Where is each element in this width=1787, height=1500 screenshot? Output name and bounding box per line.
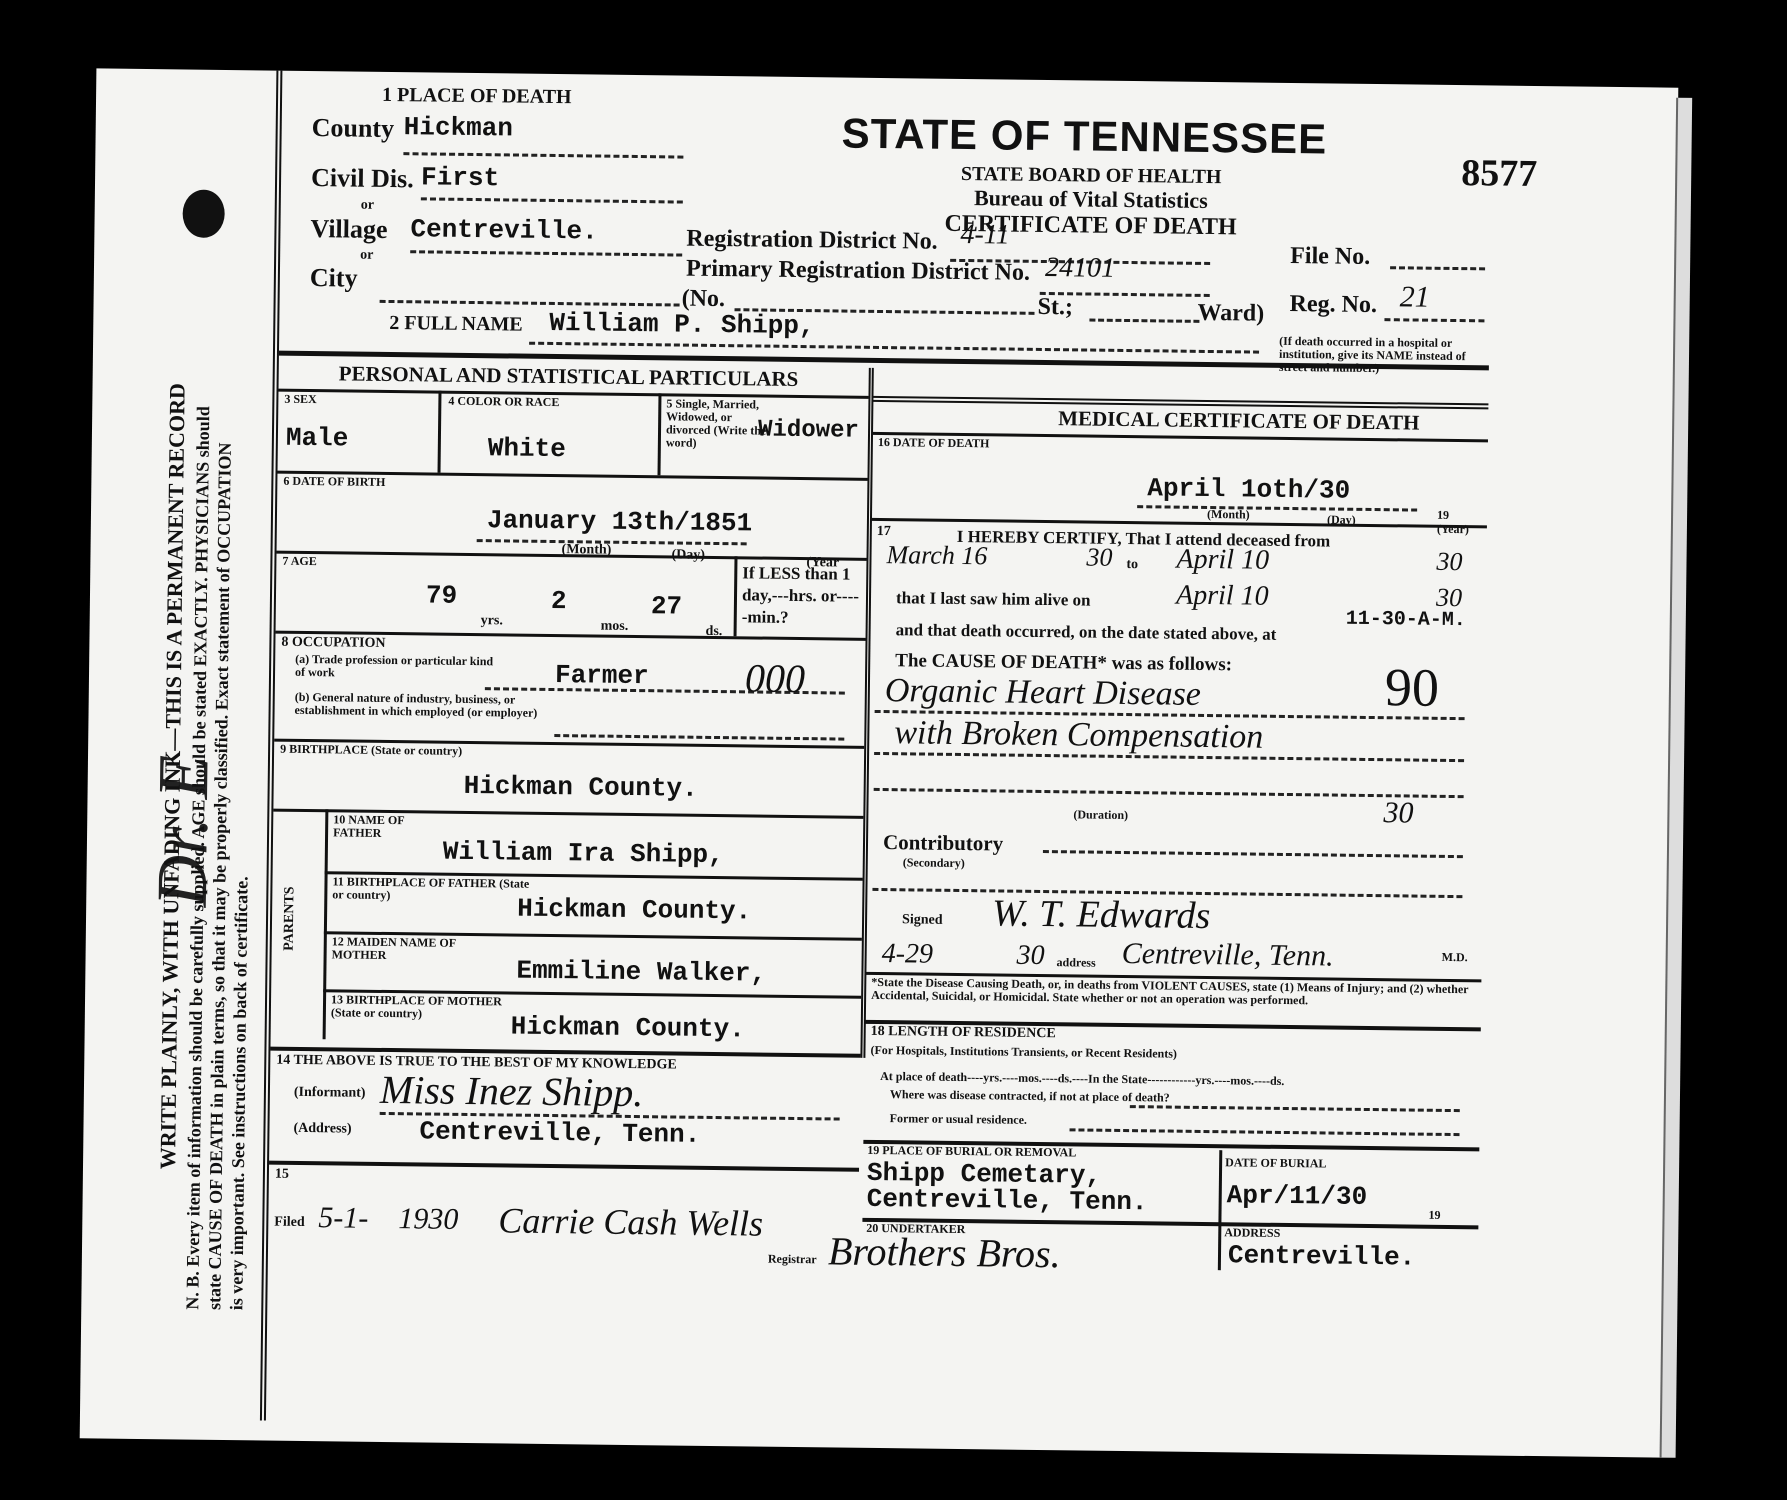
informant-signature: Miss Inez Shipp. (380, 1066, 644, 1116)
street-label: St.; (1037, 294, 1073, 321)
attend-to-year: 30 (1436, 547, 1462, 577)
or-label: or (360, 248, 373, 264)
occupation-b-label: (b) General nature of industry, business… (295, 691, 555, 720)
secondary-label: (Secondary) (903, 856, 965, 870)
dob-label: 6 DATE OF BIRTH (283, 475, 385, 489)
registrar-label: Registrar (768, 1253, 817, 1267)
mother-birthplace-value: Hickman County. (511, 1012, 745, 1045)
or-label: or (361, 198, 374, 214)
duration-days: 30 (1383, 796, 1413, 830)
color-value: White (488, 433, 566, 464)
ward-line (1089, 319, 1199, 323)
residence-line (1130, 1105, 1460, 1112)
attend-to-date: April 10 (1176, 544, 1269, 577)
last-saw-date: April 10 (1176, 580, 1269, 613)
residence-line-2: Where was disease contracted, if not at … (890, 1088, 1170, 1104)
civil-district-label: Civil Dis. (311, 163, 414, 194)
mos-label: mos. (601, 619, 629, 635)
reg-number-line (1384, 318, 1484, 322)
burial-place-label: 19 PLACE OF BURIAL OR REMOVAL (867, 1144, 1076, 1160)
time-of-death: 11-30-A-M. (1346, 608, 1466, 632)
form-frame: 1 PLACE OF DEATH County Hickman Civil Di… (260, 71, 1668, 1438)
primary-district-label: Primary Registration District No. (686, 256, 1030, 287)
burial-date-value: Apr/11/30 (1227, 1180, 1368, 1212)
cause-line (874, 788, 1464, 798)
registration-district-label: Registration District No. (686, 226, 938, 256)
place-of-death-label: 1 PLACE OF DEATH (382, 84, 572, 109)
sex-value: Male (286, 423, 349, 454)
registrar-signature: Carrie Cash Wells (498, 1199, 763, 1244)
informant-label: (Informant) (294, 1085, 366, 1102)
personal-section-title: PERSONAL AND STATISTICAL PARTICULARS (339, 361, 799, 392)
informant-address-value: Centreville, Tenn. (419, 1116, 700, 1149)
village-line (410, 250, 682, 256)
burial-date-label: DATE OF BURIAL (1225, 1156, 1326, 1170)
cause-footnote: *State the Disease Causing Death, or, in… (871, 976, 1471, 1009)
reg-number-value: 21 (1400, 280, 1430, 314)
burial-divider (1218, 1150, 1222, 1270)
father-name-label: 10 NAME OF FATHER (333, 813, 453, 840)
attend-from-date: March 16 (886, 540, 987, 571)
dod-19: 19 (1437, 509, 1449, 522)
certify-number: 17 (877, 524, 891, 540)
occupation-value: Farmer (555, 660, 649, 691)
certificate-number: 8577 (1461, 151, 1538, 196)
informant-address-label: (Address) (293, 1121, 351, 1138)
sex-label: 3 SEX (284, 393, 317, 406)
cell-divider (734, 556, 738, 636)
signed-label: Signed (902, 912, 943, 928)
full-name-label: 2 FULL NAME (389, 312, 523, 337)
md-label: M.D. (1442, 951, 1468, 964)
last-saw-label: that I last saw him alive on (896, 588, 1091, 610)
age-months-value: 2 (551, 586, 567, 616)
residence-line-3: Former or usual residence. (890, 1112, 1027, 1127)
undertaker-signature: Brothers Bros. (828, 1227, 1061, 1277)
dod-month-label: (Month) (1207, 508, 1250, 522)
filed-year: 1930 (398, 1202, 458, 1237)
filed-date: 5-1- (318, 1201, 368, 1236)
column-divider (860, 368, 873, 1058)
father-name-value: William Ira Shipp, (443, 837, 724, 870)
age-years-value: 79 (426, 580, 458, 610)
less-than-day-label: If LESS than 1 day,---hrs. or-----min.? (742, 562, 863, 629)
parents-label: PARENTS (282, 886, 299, 951)
mother-name-value: Emmiline Walker, (516, 956, 766, 989)
bureau-title: Bureau of Vital Statistics (931, 185, 1251, 215)
hospital-note: (If death occurred in a hospital or inst… (1279, 335, 1484, 377)
attend-from-year: 30 (1086, 543, 1112, 573)
primary-district-value: 24101 (1045, 252, 1115, 285)
date-of-death-line (1137, 505, 1417, 511)
full-name-value: William P. Shipp, (549, 308, 815, 341)
county-value: Hickman (404, 112, 514, 143)
age-label: 7 AGE (282, 555, 317, 568)
state-title: STATE OF TENNESSEE (841, 109, 1327, 163)
occupation-label: 8 OCCUPATION (281, 635, 385, 652)
city-line (380, 300, 680, 307)
physician-address: Centreville, Tenn. (1121, 937, 1333, 974)
duration-label: (Duration) (1073, 808, 1128, 822)
parents-divider (323, 809, 329, 1039)
filing-number: 15 (275, 1167, 289, 1183)
industry-line (554, 734, 844, 741)
file-number-line (1390, 266, 1485, 270)
file-number-label: File No. (1290, 243, 1370, 271)
punch-hole (182, 189, 225, 238)
dob-value: January 13th/1851 (487, 505, 753, 538)
reg-number-label: Reg. No. (1289, 291, 1377, 319)
city-label: City (310, 263, 358, 294)
certify-statement: I HEREBY CERTIFY, That I attend deceased… (957, 527, 1331, 552)
residence-label: 18 LENGTH OF RESIDENCE (871, 1024, 1056, 1042)
undertaker-address-label: ADDRESS (1224, 1226, 1280, 1240)
contributory-line (1043, 850, 1463, 858)
filed-label: Filed (274, 1215, 305, 1231)
village-label: Village (310, 214, 387, 245)
occurred-label: and that death occurred, on the date sta… (896, 620, 1277, 645)
county-line (403, 152, 683, 158)
birthplace-label: 9 BIRTHPLACE (State or country) (280, 743, 480, 758)
father-birthplace-label: 11 BIRTHPLACE OF FATHER (State or countr… (332, 875, 532, 903)
marital-value: Widower (758, 416, 859, 444)
mother-name-label: 12 MAIDEN NAME OF MOTHER (332, 935, 482, 963)
mother-birthplace-label: 13 BIRTHPLACE OF MOTHER (State or countr… (331, 993, 531, 1021)
occupation-a-label: (a) Trade profession or particular kind … (295, 653, 495, 681)
physician-signature: W. T. Edwards (992, 891, 1211, 938)
cause-code: 90 (1385, 656, 1440, 719)
cause-of-death-line-2: with Broken Compensation (894, 714, 1263, 757)
undertaker-address-value: Centreville. (1228, 1240, 1416, 1272)
date-of-death-label: 16 DATE OF DEATH (878, 436, 990, 450)
color-label: 4 COLOR OR RACE (448, 395, 559, 409)
to-label: to (1126, 557, 1138, 573)
medical-section-title: MEDICAL CERTIFICATE OF DEATH (1058, 406, 1419, 435)
residence-sublabel: (For Hospitals, Institutions Transients,… (870, 1044, 1177, 1061)
row-divider (269, 1161, 859, 1172)
cause-of-death-line-1: Organic Heart Disease (885, 672, 1201, 714)
age-days-value: 27 (651, 591, 683, 621)
village-value: Centreville. (410, 214, 598, 246)
civil-district-line (421, 197, 683, 203)
contributory-label: Contributory (883, 830, 1003, 856)
birthplace-value: Hickman County. (464, 771, 698, 804)
death-certificate: Dr. E WRITE PLAINLY, WITH UNFADING INK—T… (80, 68, 1679, 1457)
date-of-death-value: April 1oth/30 (1147, 473, 1350, 505)
cell-divider (438, 391, 442, 473)
cell-divider (657, 393, 661, 475)
yrs-label: yrs. (481, 613, 503, 629)
residence-line-1: At place of death----yrs.----mos.----ds.… (880, 1070, 1284, 1088)
physician-address-label: address (1056, 956, 1095, 969)
signed-year: 30 (1016, 940, 1044, 972)
father-birthplace-value: Hickman County. (517, 894, 751, 927)
registration-district-value: 4-11 (960, 219, 1010, 252)
residence-line (1070, 1128, 1460, 1136)
burial-place-line-2: Centreville, Tenn. (866, 1184, 1147, 1217)
ward-label: Ward) (1197, 300, 1264, 328)
occupation-code: 000 (745, 654, 806, 702)
signed-date: 4-29 (881, 938, 933, 971)
civil-district-value: First (421, 162, 499, 193)
margin-instructions: N. B. Every item of information should b… (181, 406, 258, 1310)
burial-date-19: 19 (1428, 1209, 1440, 1222)
full-name-line (529, 342, 1259, 354)
county-label: County (312, 113, 395, 144)
